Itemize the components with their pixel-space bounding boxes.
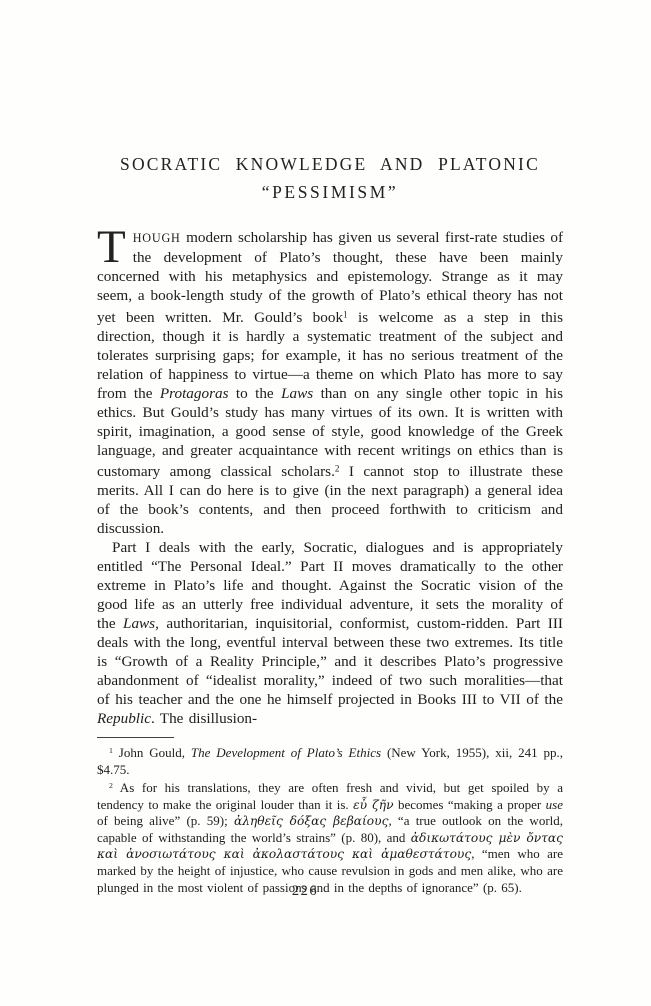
paragraph-1-text: HOUGH modern scholarship has given us se… bbox=[97, 229, 563, 537]
article-title-line-2: “PESSIMISM” bbox=[97, 178, 563, 206]
paragraph-2: Part I deals with the early, Socratic, d… bbox=[97, 538, 563, 728]
article-body: THOUGH modern scholarship has given us s… bbox=[97, 228, 563, 728]
page-number: 226 bbox=[240, 883, 370, 900]
article-title-line-1: SOCRATIC KNOWLEDGE AND PLATONIC bbox=[97, 150, 563, 178]
footnotes-section: 1 John Gould, The Development of Plato’s… bbox=[97, 743, 563, 896]
paragraph-1: THOUGH modern scholarship has given us s… bbox=[97, 228, 563, 538]
footnote-1: 1 John Gould, The Development of Plato’s… bbox=[97, 743, 563, 778]
scanned-paper-page: SOCRATIC KNOWLEDGE AND PLATONIC “PESSIMI… bbox=[0, 0, 651, 1006]
paragraph-2-text: Part I deals with the early, Socratic, d… bbox=[97, 539, 563, 727]
footnote-divider bbox=[97, 737, 174, 738]
article-title: SOCRATIC KNOWLEDGE AND PLATONIC “PESSIMI… bbox=[97, 150, 563, 206]
footnote-2: 2 As for his translations, they are ofte… bbox=[97, 778, 563, 896]
text-column: SOCRATIC KNOWLEDGE AND PLATONIC “PESSIMI… bbox=[97, 150, 563, 896]
drop-cap: T bbox=[97, 228, 133, 266]
